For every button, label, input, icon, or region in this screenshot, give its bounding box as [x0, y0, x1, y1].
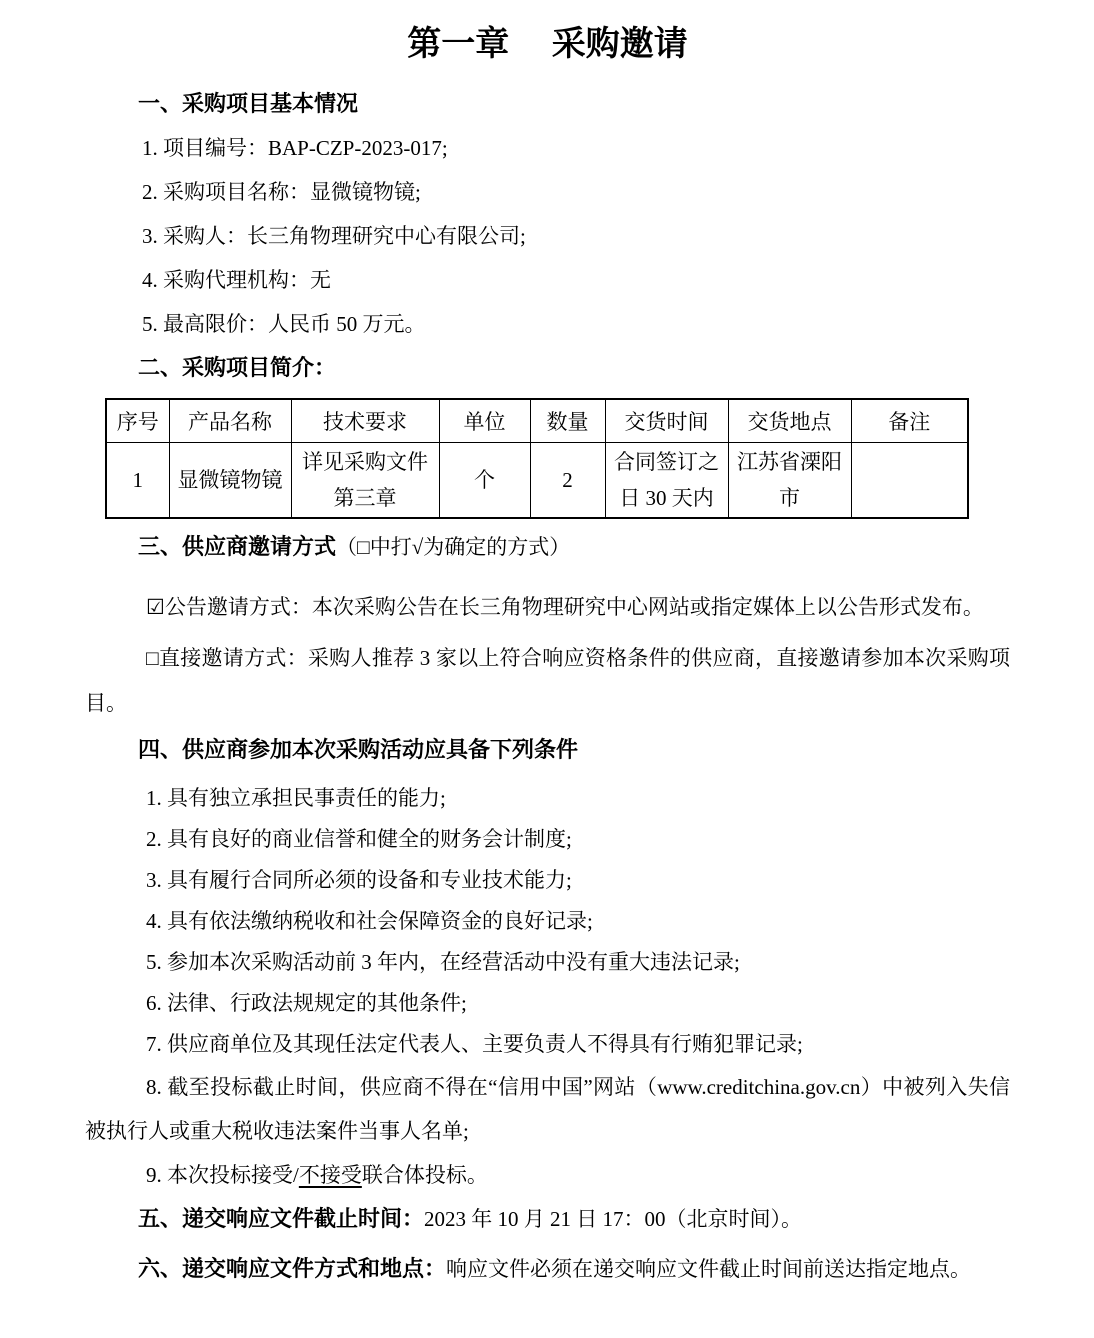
list-item: 3. 采购人：长三角物理研究中心有限公司;: [85, 214, 1010, 258]
consortium-suffix: 联合体投标。: [362, 1163, 488, 1187]
cell-delivery-place: 江苏省溧阳 市: [728, 443, 851, 519]
list-item: 4. 具有依法缴纳税收和社会保障资金的良好记录;: [85, 901, 1010, 942]
section-6-delivery-method: 六、递交响应文件方式和地点：响应文件必须在递交响应文件截止时间前送达指定地点。: [85, 1247, 1010, 1291]
cell-quantity: 2: [530, 443, 605, 519]
section-6-text: 响应文件必须在递交响应文件截止时间前送达指定地点。: [446, 1257, 971, 1281]
list-item: 5. 最高限价：人民币 50 万元。: [85, 302, 1010, 346]
consortium-not-accepted: 不接受: [299, 1163, 362, 1187]
list-item: 2. 采购项目名称：显微镜物镜;: [85, 170, 1010, 214]
list-item: 3. 具有履行合同所必须的设备和专业技术能力;: [85, 860, 1010, 901]
section-2-heading: 二、采购项目简介：: [85, 346, 1010, 390]
supplier-conditions-list: 1. 具有独立承担民事责任的能力; 2. 具有良好的商业信誉和健全的财务会计制度…: [85, 778, 1010, 1197]
section-5-label: 五、递交响应文件截止时间：: [138, 1206, 424, 1231]
consortium-prefix: 9. 本次投标接受/: [146, 1163, 299, 1187]
list-item: 5. 参加本次采购活动前 3 年内，在经营活动中没有重大违法记录;: [85, 942, 1010, 983]
table-header-seq: 序号: [106, 399, 169, 443]
list-item: 7. 供应商单位及其现任法定代表人、主要负责人不得具有行贿犯罪记录;: [85, 1024, 1010, 1065]
section-3-heading-bold: 三、供应商邀请方式: [138, 534, 336, 559]
unchecked-checkbox-icon: □: [146, 646, 159, 670]
cell-seq: 1: [106, 443, 169, 519]
list-item: 4. 采购代理机构：无: [85, 258, 1010, 302]
list-item-consortium: 9. 本次投标接受/不接受联合体投标。: [85, 1153, 1010, 1197]
section-5-text: 2023 年 10 月 21 日 17：00（北京时间）。: [424, 1207, 802, 1231]
section-4-heading: 四、供应商参加本次采购活动应具备下列条件: [85, 728, 1010, 772]
list-item: 8. 截至投标截止时间，供应商不得在“信用中国”网站（www.creditchi…: [85, 1065, 1010, 1153]
section-6-label: 六、递交响应文件方式和地点：: [138, 1256, 446, 1281]
table-header-product-name: 产品名称: [169, 399, 291, 443]
section-3-heading: 三、供应商邀请方式（□中打√为确定的方式）: [85, 525, 1010, 569]
option-direct-text: 直接邀请方式：采购人推荐 3 家以上符合响应资格条件的供应商，直接邀请参加本次采…: [85, 646, 1010, 715]
table-header-unit: 单位: [439, 399, 530, 443]
option-direct-invitation: □直接邀请方式：采购人推荐 3 家以上符合响应资格条件的供应商，直接邀请参加本次…: [85, 636, 1010, 726]
list-item: 2. 具有良好的商业信誉和健全的财务会计制度;: [85, 819, 1010, 860]
cell-tech-requirements: 详见采购文件 第三章: [291, 443, 439, 519]
list-item: 6. 法律、行政法规规定的其他条件;: [85, 983, 1010, 1024]
table-header-delivery-time: 交货时间: [605, 399, 728, 443]
section-3-heading-note: （□中打√为确定的方式）: [336, 535, 570, 559]
table-header-tech-requirements: 技术要求: [291, 399, 439, 443]
document-page: 第一章 采购邀请 一、采购项目基本情况 1. 项目编号：BAP-CZP-2023…: [0, 0, 1094, 1338]
option-announcement-invitation: ☑公告邀请方式：本次采购公告在长三角物理研究中心网站或指定媒体上以公告形式发布。: [85, 585, 1010, 630]
list-item: 1. 具有独立承担民事责任的能力;: [85, 778, 1010, 819]
section-5-deadline: 五、递交响应文件截止时间：2023 年 10 月 21 日 17：00（北京时间…: [85, 1197, 1010, 1241]
product-summary-table: 序号 产品名称 技术要求 单位 数量 交货时间 交货地点 备注 1 显微镜物镜 …: [105, 398, 969, 519]
cell-unit: 个: [439, 443, 530, 519]
cell-delivery-time: 合同签订之 日 30 天内: [605, 443, 728, 519]
table-header-remarks: 备注: [851, 399, 968, 443]
table-header-quantity: 数量: [530, 399, 605, 443]
checked-checkbox-icon: ☑: [146, 595, 165, 619]
list-item: 1. 项目编号：BAP-CZP-2023-017;: [85, 126, 1010, 170]
section-1-heading: 一、采购项目基本情况: [85, 82, 1010, 126]
cell-product-name: 显微镜物镜: [169, 443, 291, 519]
cell-remarks: [851, 443, 968, 519]
option-announcement-text: 公告邀请方式：本次采购公告在长三角物理研究中心网站或指定媒体上以公告形式发布。: [165, 595, 984, 619]
table-row: 1 显微镜物镜 详见采购文件 第三章 个 2 合同签订之 日 30 天内 江苏省…: [106, 443, 968, 519]
table-header-row: 序号 产品名称 技术要求 单位 数量 交货时间 交货地点 备注: [106, 399, 968, 443]
table-header-delivery-place: 交货地点: [728, 399, 851, 443]
page-title: 第一章 采购邀请: [85, 22, 1010, 68]
